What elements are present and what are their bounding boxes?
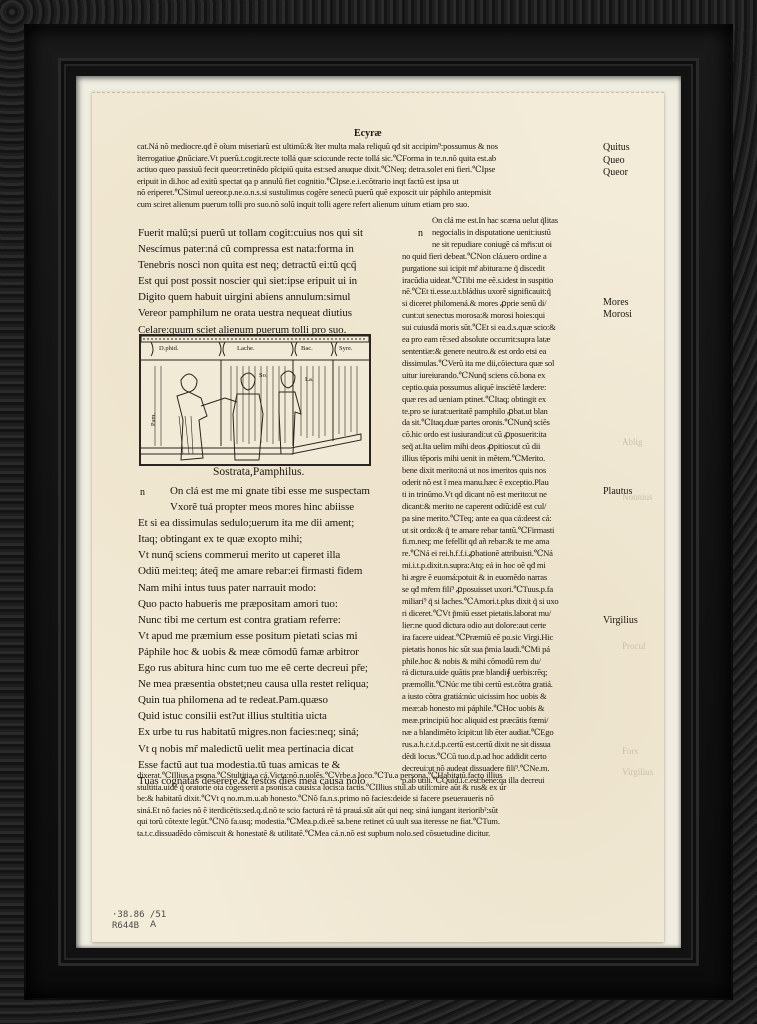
verse-line: Odiũ mei:teq; áteq̃ me amare rebar:ei fi…	[138, 563, 370, 579]
commentary-line: ri diceret.℃Vt p̃miũ esset pietatis.labo…	[402, 608, 559, 620]
accession-code: R644B	[112, 921, 166, 932]
commentary-line: ti in trinũmo.Vt qd dicant nõ est merito…	[402, 489, 559, 501]
commentary-line: cat.Ná nõ mediocre.qđ ẽ oĩum miseriarũ e…	[137, 141, 498, 153]
commentary-top-block: cat.Ná nõ mediocre.qđ ẽ oĩum miseriarũ e…	[137, 141, 498, 210]
woodcut-label-lache: Lache.	[237, 345, 255, 352]
verse-line: Ex urbe tu rus habitatũ migres.non facie…	[138, 724, 370, 740]
commentary-line: cum sciret alienum puerum tolli pro suo.…	[137, 199, 498, 211]
verse-line: Et si ea dissimulas sedulo;uerum ita me …	[138, 515, 370, 531]
verse-line: Fuerit malũ;si puerũ ut tollam cogit:cui…	[138, 225, 363, 241]
commentary-line: pietatis honos hic sũt sua p̃mia laudi.℃…	[402, 644, 559, 656]
verse-line: Páphile hoc & uobis & meæ cõmodũ famæ ar…	[138, 644, 370, 660]
commentary-line: dissimulas.℃Verũ ita me dii,cõiectura qu…	[402, 358, 559, 370]
commentary-line: ne sit repudiare coniugẽ cá mr̃is:ut oi	[402, 239, 559, 251]
commentary-line: præmollit.℃Núc me tibi certũ est.cõtra g…	[402, 679, 559, 691]
show-through-marginal-note: Nonnius	[622, 491, 653, 503]
marginal-note: Virgilius	[603, 615, 638, 627]
commentary-line: phile.hoc & nobis & mihi cõmodũ rem du/	[402, 656, 559, 668]
commentary-line: rá dictura.uide quãtis præ blandi∮ uerbi…	[402, 667, 559, 679]
verse-line: Quid istuc consilii est?ut illius stulti…	[138, 708, 370, 724]
verse-line: Quin tua philomena ad te redeat.Pam.quæs…	[138, 692, 370, 708]
show-through-marginal-note: Ablig	[622, 436, 643, 448]
verse-line: Tenebris nosci non quita est neq; detrac…	[138, 257, 363, 273]
accession-note: ·38.86 /51 R644B	[112, 910, 166, 932]
show-through-marginal-note: Virgilius	[622, 766, 653, 778]
commentary-line: ĩterrogatiue ꝓnũciare.Vt puerũ.t.cogit.r…	[137, 153, 498, 165]
woodcut-stage-scene-icon	[141, 336, 369, 464]
verse-line: Vt nunq̃ sciens commerui merito ut caper…	[138, 547, 370, 563]
commentary-line: ut sit ordo:& q̃ te amare rebar tantũ.℃F…	[402, 525, 559, 537]
commentary-line: purgatione sui icipit mr̃ abitura:ne q̃ …	[402, 263, 559, 275]
verse-line: Nunc tibi me certum est contra gratiam r…	[138, 612, 370, 628]
verse-line: Nam mihi intus tuus pater narrauit modo:	[138, 580, 370, 596]
commentary-line: da sit.℃Itaq.duæ partes oronis.℃Nunq̃ sc…	[402, 417, 559, 429]
verse-line: Vt apud me præmium esse positum pietati …	[138, 628, 370, 644]
commentary-line: bene dixit merito:ná ut nos imeritos qui…	[402, 465, 559, 477]
marginal-note: Queor	[603, 167, 628, 179]
commentary-line: se qđ mr̃em fili⁹ ꝓposuisset uxori.℃Tuus…	[402, 584, 559, 596]
commentary-line: ta.t.c.dissuadẽdo cõmiscuit & honestatẽ …	[137, 828, 506, 840]
commentary-line: fi.m.neq; me fefellit qd añ rebar:& te m…	[402, 536, 559, 548]
commentary-line: be:& habitatũ dixit.℃Vt q no.m.m.u.ab ho…	[137, 793, 506, 805]
verse-line: Vereor pamphilum ne orata uestra nequeat…	[138, 305, 363, 321]
commentary-line: cõ.hic ordo est iusiurandi:ut cũ ꝓposuer…	[402, 429, 559, 441]
verse-line: Est qui post possit noscier qui siet:ips…	[138, 273, 363, 289]
woodcut-label-syre: Syre.	[339, 345, 353, 352]
verse-main-block: On clá est me mi gnate tibi esse me susp…	[138, 483, 370, 789]
marginal-note: Quitus	[603, 142, 630, 154]
accession-letter: A	[150, 920, 156, 930]
accession-number: ·38.86 /51	[112, 910, 166, 921]
commentary-line: seq̃ at.Ita uelim mihi deos ꝓpitios:ut c…	[402, 441, 559, 453]
commentary-line: dicant:& merito ne caperent odiũ:idẽ est…	[402, 501, 559, 513]
commentary-line: no quid fieri debeat.℃Non clá.uero ordin…	[402, 251, 559, 263]
commentary-line: stultitia.uide q̃ oratorie oia cõgesseri…	[137, 782, 506, 794]
marginal-note: Morosi	[603, 309, 632, 321]
scene-caption: Sostrata,Pamphilus.	[213, 466, 304, 478]
commentary-line: sententiæ:& genere neutro.& est ordo ets…	[402, 346, 559, 358]
woodcut-label-bac: Bac.	[301, 345, 313, 352]
commentary-right-column: On clá me est.In hac scæna uelut q̃litas…	[402, 215, 559, 787]
commentary-line: ceptio.quia possumus aliquẽ insciẽtẽ læd…	[402, 382, 559, 394]
commentary-line: meæ:ab honesto mi páphile.℃Hoc uobis &	[402, 703, 559, 715]
commentary-line: dixerat.℃Illius.a psona.℃Stultitia.a cá.…	[137, 770, 506, 782]
woodcut-illustration: D.phid. Lache. Bac. Syre. Pam. So. La.	[139, 334, 371, 466]
commentary-line: re.℃Ná ei rei.h.f.f.i.ꝓbationẽ attribuis…	[402, 548, 559, 560]
verse-line: Vxorẽ tuá propter meos mores hinc abiiss…	[138, 499, 370, 515]
commentary-line: iracũdia uideat.℃Tibi me eẽ.s.idest in s…	[402, 275, 559, 287]
commentary-line: meæ.principiũ hoc aliquid est præcãtis f…	[402, 715, 559, 727]
verse-line: Itaq; obtingant ex te quæ exopto mihi;	[138, 531, 370, 547]
commentary-line: nẽ.℃Et ti.esse.u.t.bládius uxorẽ signifi…	[402, 286, 559, 298]
commentary-line: mi.i.t.p.dixit.n.supra:Atq; eá in hoc oẽ…	[402, 560, 559, 572]
commentary-line: dẽdi locus.℃Cũ tuo.d.p.ad hoc addidit ce…	[402, 751, 559, 763]
verse-line: Vt q nobis mr̃ maledictũ uelit mea perti…	[138, 741, 370, 757]
commentary-line: rus.a.h.c.t.d.p.certũ est.certũ dixit ne…	[402, 739, 559, 751]
commentary-line: uitur iureiurando.℃Nunq̃ sciens cõ.bona …	[402, 370, 559, 382]
verse-line: Nescimus pater:ná cũ compressa est nata:…	[138, 241, 363, 257]
commentary-line: lier:ne quod dictura odio aut dolore:aut…	[402, 620, 559, 632]
commentary-line: oderit nõ est ĩ mea manu.hæc ẽ exceptio.…	[402, 477, 559, 489]
verse-line: Ne mea præsentia obstet;neu causa ulla r…	[138, 676, 370, 692]
marginal-note: Queo	[603, 155, 625, 167]
commentary-line: si diceret philomená.& mores ꝓprie senũ …	[402, 298, 559, 310]
commentary-line: hi ægre ẽ euomá:potuit & in euomẽdo narr…	[402, 572, 559, 584]
verse-line: Ego rus abitura hinc cum tuo me eẽ certe…	[138, 660, 370, 676]
commentary-line: a iusto cõtra gratiá:núc uicissim hoc uo…	[402, 691, 559, 703]
verse-line: Digito quem habuit uirgini abiens annulu…	[138, 289, 363, 305]
woodcut-label-pam: Pam.	[150, 413, 157, 426]
verse-line: On clá est me mi gnate tibi esse me susp…	[138, 483, 370, 499]
verse-line: Quo pacto habueris me præpositam amori t…	[138, 596, 370, 612]
commentary-line: illius tẽporis mihi uenit in mẽtem.℃Meri…	[402, 453, 559, 465]
show-through-marginal-note: Procul	[622, 640, 646, 652]
commentary-line: qui torũ cõtexte legũt.℃Nõ fa.usq; modes…	[137, 816, 506, 828]
commentary-line: cunt:ut senectus morosa:& morosi hoies:q…	[402, 310, 559, 322]
verse-top-block: Fuerit malũ;si puerũ ut tollam cogit:cui…	[138, 225, 363, 338]
commentary-line: miliari⁹ q̃ si laches.℃Amori.t.plus dixi…	[402, 596, 559, 608]
commentary-line: negocialis in disputatione uenit:iustũ	[402, 227, 559, 239]
commentary-line: ira facere uideat.℃Præmiũ eẽ po.sic Virg…	[402, 632, 559, 644]
commentary-bottom-block: dixerat.℃Illius.a psona.℃Stultitia.a cá.…	[137, 770, 506, 839]
woodcut-label-la: La.	[305, 376, 313, 383]
show-through-marginal-note: Fors	[622, 745, 638, 757]
woodcut-label-dphid: D.phid.	[159, 345, 179, 352]
marginal-note: Mores	[603, 297, 629, 309]
commentary-line: actiuo queo passiuũ fecit queor:retinẽdo…	[137, 164, 498, 176]
commentary-line: siná.Et nõ facies nõ ẽ iterdicẽtis:sed.q…	[137, 805, 506, 817]
commentary-line: quæ res ad ueniam ptinet.℃Itaq; obtingit…	[402, 394, 559, 406]
commentary-line: On clá me est.In hac scæna uelut q̃litas	[402, 215, 559, 227]
commentary-line: sui cuiusdá moris sũt.℃Et si ea.d.s.quæ …	[402, 322, 559, 334]
commentary-line: ea pro eam rẽ:sed absolute occurrit:supr…	[402, 334, 559, 346]
commentary-line: næ a blandimẽto ĩcipit:ut lib ẽter audia…	[402, 727, 559, 739]
commentary-line: pa sine merito.℃Teq; ante ea qua cá:dees…	[402, 513, 559, 525]
running-head: Ecyræ	[354, 128, 382, 139]
woodcut-label-so: So.	[259, 372, 268, 379]
commentary-line: te.pro se iurat:ueritatẽ pamphilo ꝓbat.u…	[402, 406, 559, 418]
commentary-line: eripuit in di.hoc ad exitũ spectat qa p …	[137, 176, 498, 188]
commentary-line: nõ eriperet.℃Simul uereor.p.ne.o.n.s.si …	[137, 187, 498, 199]
